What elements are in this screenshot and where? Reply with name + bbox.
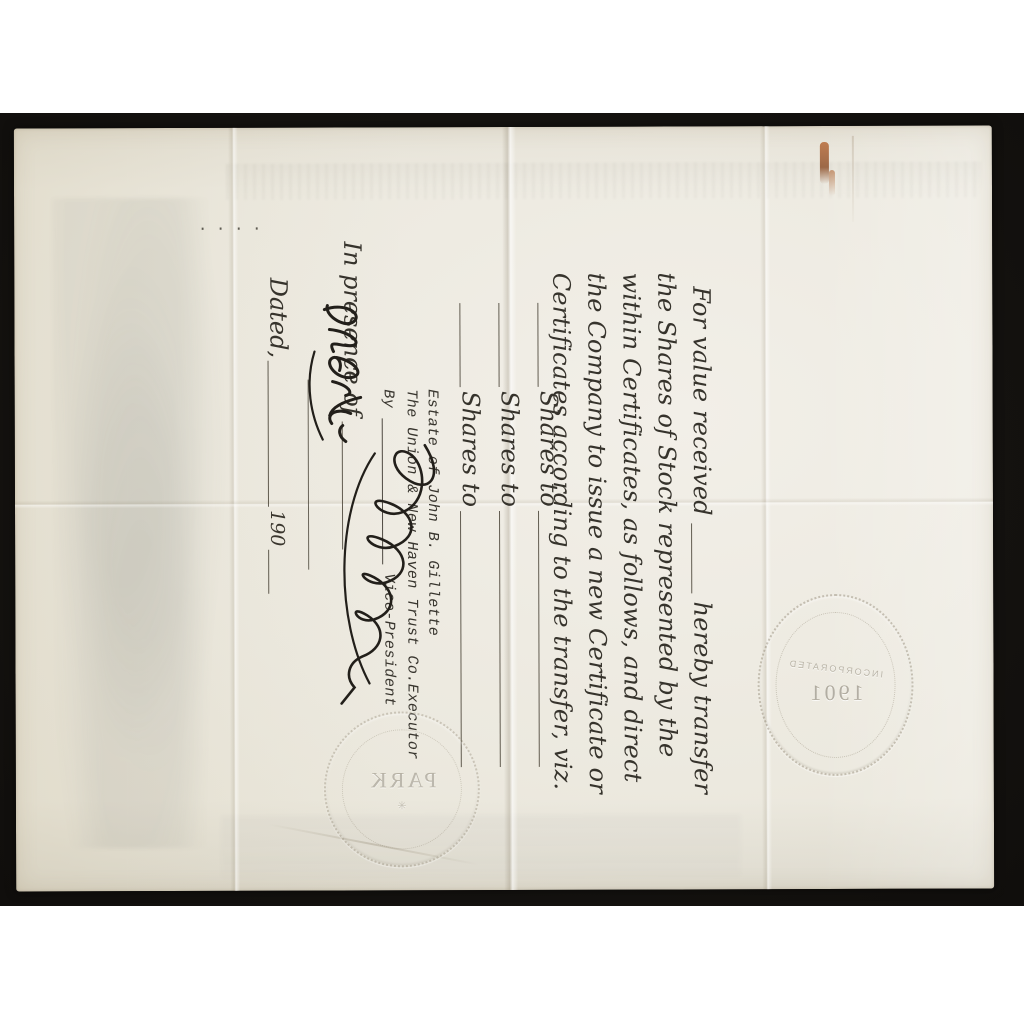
clause-text-start: For value received: [687, 286, 716, 516]
blank-line: [538, 510, 540, 766]
embossed-park-seal: PARK ✳: [324, 711, 480, 867]
witness-signature: [298, 293, 378, 449]
seal-star: ✳: [397, 799, 406, 812]
document-sheet: ···· For value received hereby transfer …: [14, 125, 994, 891]
blank-line: [268, 361, 269, 507]
blank-line: [499, 510, 501, 766]
by-label: By: [380, 389, 397, 408]
shares-to-row: Shares to: [456, 303, 485, 767]
blank-line: [498, 303, 499, 387]
year-prefix: 190: [266, 510, 288, 546]
seal-ring-text: INCORPORATED: [787, 658, 883, 679]
shares-to-row: Shares to: [495, 302, 524, 766]
dated-label: Dated,: [264, 277, 292, 357]
dated-row: Dated,190: [264, 277, 293, 593]
shares-to-label: Shares to: [535, 390, 563, 506]
blank-line: [459, 303, 460, 387]
seal-text: PARK: [367, 767, 436, 793]
shares-to-label: Shares to: [457, 391, 485, 507]
blank-line: [691, 523, 692, 593]
embossed-corporate-seal: INCORPORATED 1901: [757, 594, 914, 776]
blank-line: [537, 302, 538, 386]
blank-line: [268, 549, 269, 593]
transfer-clause: For value received hereby transfer the S…: [543, 272, 720, 821]
shares-to-row: Shares to: [534, 302, 563, 766]
shares-to-label: Shares to: [496, 390, 524, 506]
photo-area: ···· For value received hereby transfer …: [0, 113, 1024, 906]
blank-line: [460, 511, 462, 767]
transfer-form: For value received hereby transfer the S…: [14, 125, 994, 892]
seal-year: 1901: [808, 680, 864, 706]
